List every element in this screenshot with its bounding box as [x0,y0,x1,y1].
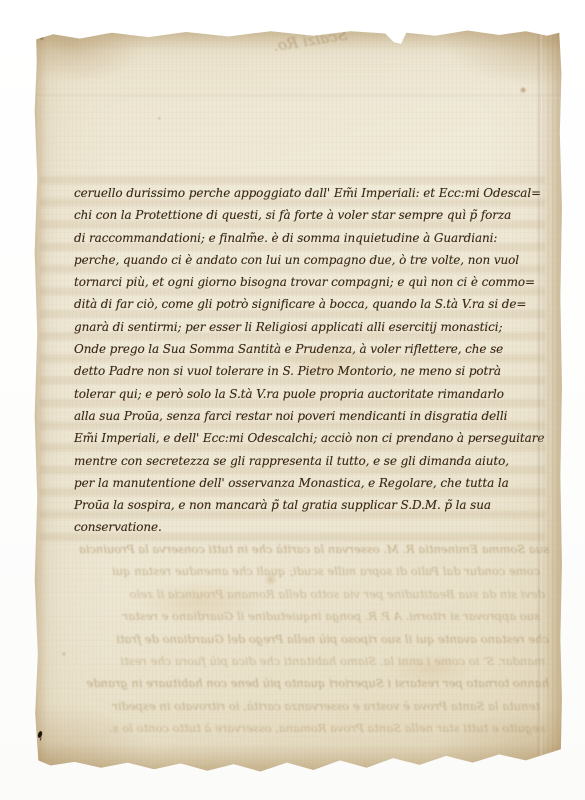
showthrough-text: sua Somma Eminentia R. M. osservan la ca… [44,538,549,740]
manuscript-line: mentre con secretezza se gli rappresenta… [74,450,568,472]
manuscript-line: Em̃i Imperiali, e dell' Ecc:mi Odescalch… [74,427,568,449]
showthrough-line: mandar. S' io come i anni la. Siamo habi… [44,650,545,672]
manuscript-line: di raccommandationi; e finalm̃e. è di so… [74,227,568,249]
manuscript-line: alla sua Proūa, senza farci restar noi p… [74,405,568,427]
showthrough-line: hanno tornato per restarsi i Superiori q… [44,672,549,694]
showthrough-line: tenuta la Santa Prova è vostra e osserva… [44,695,540,717]
manuscript-line: tornarci più, et ogni giorno bisogna tro… [74,271,568,293]
showthrough-line: come condur dal Palio di sopra mille scu… [44,560,540,582]
manuscript-line: Proūa la sospira, e non mancarà p̃ tal g… [74,494,568,516]
manuscript-line: Onde prego la Sua Somma Santità e Pruden… [74,338,568,360]
manuscript-line: detto Padre non si vuol tolerare in S. P… [74,360,568,382]
horizontal-crease [32,95,563,98]
showthrough-line: devi sin da sua Beatitudine per via sott… [44,583,545,605]
manuscript-line: per la manutentione dell' osservanza Mon… [74,472,568,494]
manuscript-line: ceruello durissimo perche appoggiato dal… [74,182,568,204]
manuscript-line: chi con la Protettione di questi, si fà … [74,204,568,226]
letter-page: Scalzi Ro. ceruello durissimo perche app… [32,29,563,773]
manuscript-line: tolerar qui; e però solo la S.tà V.ra pu… [74,383,568,405]
showthrough-line: seguito e tutti star nella Santa Prova R… [44,717,545,739]
right-fold-strip [542,29,563,773]
manuscript-line: conservatione. [74,516,568,538]
showthrough-line: che restano avante qui il suo riposo più… [44,628,549,650]
manuscript-line: dità di far ciò, come gli potrò signific… [74,293,568,315]
letter-text: ceruello durissimo perche appoggiato dal… [74,182,568,539]
manuscript-line: gnarà di sentirmi; per esser li Religios… [74,316,568,338]
ink-blot [37,731,43,739]
showthrough-line: suo approvar si ritorni. A P. R. ponga i… [44,605,540,627]
showthrough-line: sua Somma Eminentia R. M. osservan la ca… [44,538,549,560]
scanner-background: Scalzi Ro. ceruello durissimo perche app… [0,0,585,800]
showthrough-docket: Scalzi Ro. [227,22,350,66]
manuscript-line: perche, quando ci è andato con lui un co… [74,249,568,271]
